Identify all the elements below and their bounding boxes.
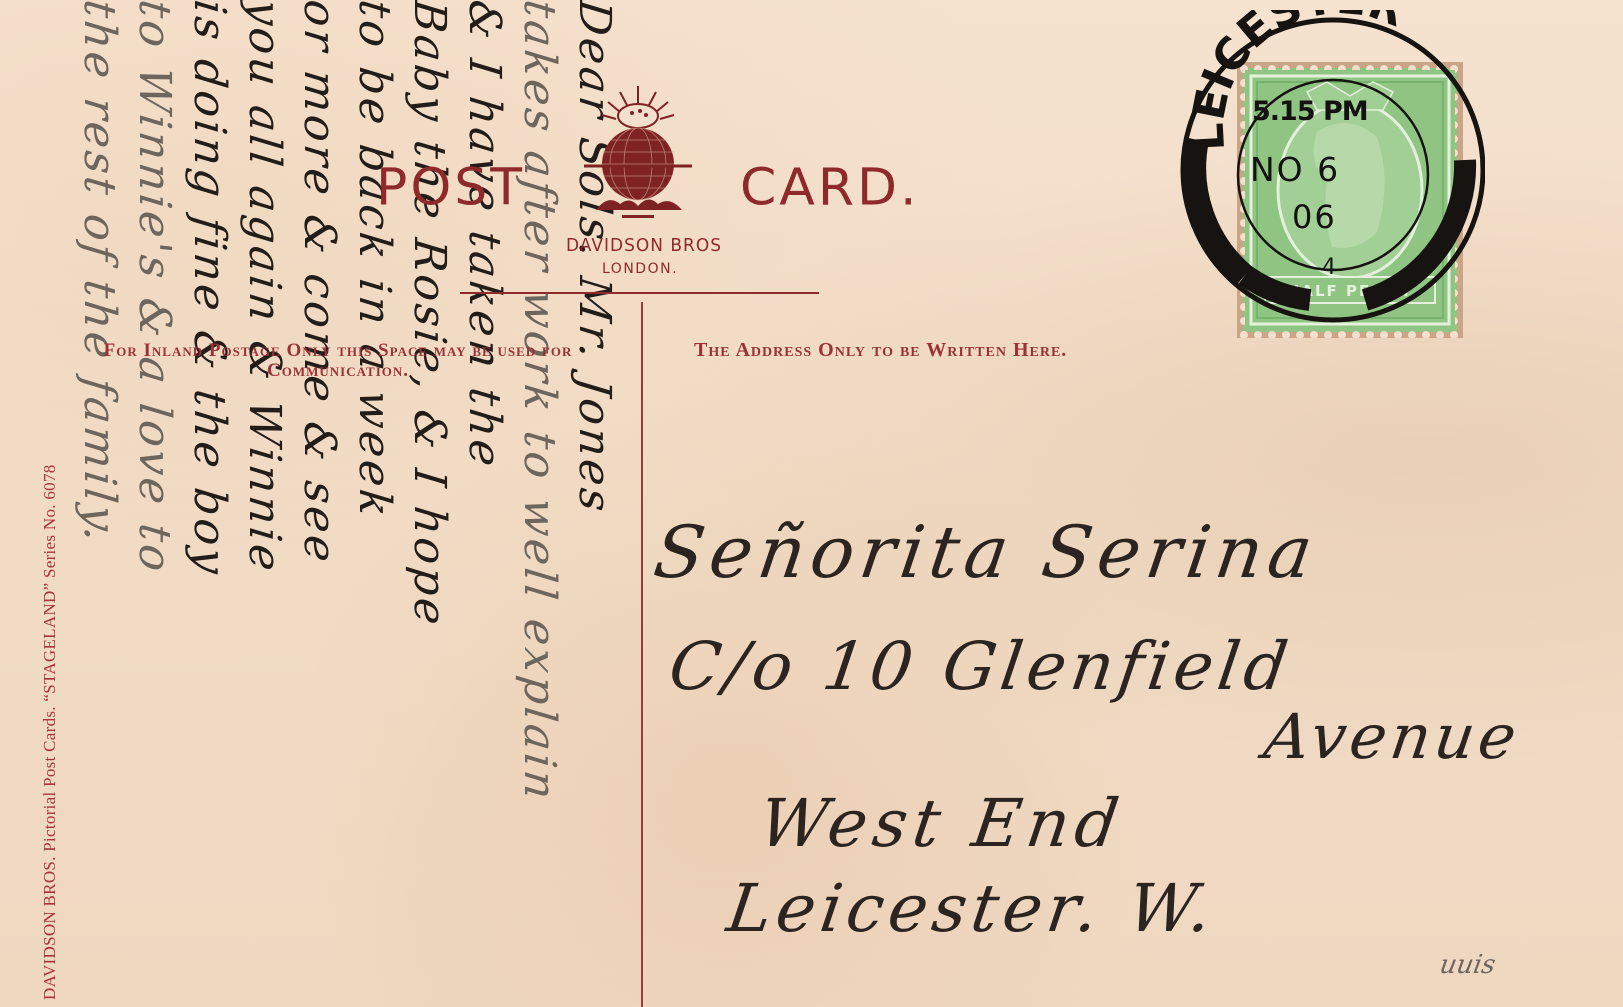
- pencil-annotation: uuis: [1437, 950, 1497, 980]
- address-recipient: Señorita Serina: [649, 510, 1323, 594]
- message-line: is doing fine & the boy: [184, 0, 235, 579]
- postmark-date: NO 6: [1250, 150, 1340, 189]
- message-line: Baby the Rosie, & I hope: [404, 0, 455, 630]
- publisher-name: DAVIDSON BROS: [566, 236, 722, 257]
- postmark-code: 4: [1322, 255, 1336, 280]
- header-divider: [460, 292, 819, 294]
- message-line: or more & come & see: [294, 0, 345, 567]
- post-heading: POST: [376, 159, 525, 218]
- card-heading: CARD.: [740, 159, 920, 218]
- message-line: takes after work to well explain: [514, 0, 565, 805]
- globe-palette-logo-icon: [578, 82, 698, 227]
- message-line: the rest of the family.: [74, 0, 125, 547]
- address-street-suffix: Avenue: [1260, 700, 1525, 773]
- postmark-time: 5.15 PM: [1252, 96, 1368, 127]
- handwritten-message: Dear Sols. Mr. Jones takes after work to…: [10, 0, 620, 1000]
- address-space-caption: The Address Only to be Written Here.: [694, 339, 1067, 362]
- center-divider: [641, 302, 643, 1007]
- address-district: West End: [755, 785, 1130, 862]
- message-space-caption: For Inland Postage Only this Space may b…: [58, 341, 618, 381]
- svg-text:HALF PENNY: HALF PENNY: [1287, 282, 1413, 300]
- publisher-city: LONDON.: [602, 261, 678, 277]
- address-city: Leicester. W.: [723, 870, 1222, 947]
- message-line: you all again & Winnie: [239, 0, 290, 576]
- message-line: & I have taken the: [459, 0, 510, 472]
- postcard-back: DAVIDSON BROS. Pictorial Post Cards. “ST…: [0, 0, 1623, 1007]
- message-line: to Winnie's & a love to: [129, 0, 180, 577]
- address-street: C/o 10 Glenfield: [665, 628, 1298, 705]
- postmark-year: 06: [1292, 198, 1337, 236]
- message-line: Dear Sols. Mr. Jones: [569, 0, 620, 517]
- message-line: to be back in a week: [349, 0, 400, 522]
